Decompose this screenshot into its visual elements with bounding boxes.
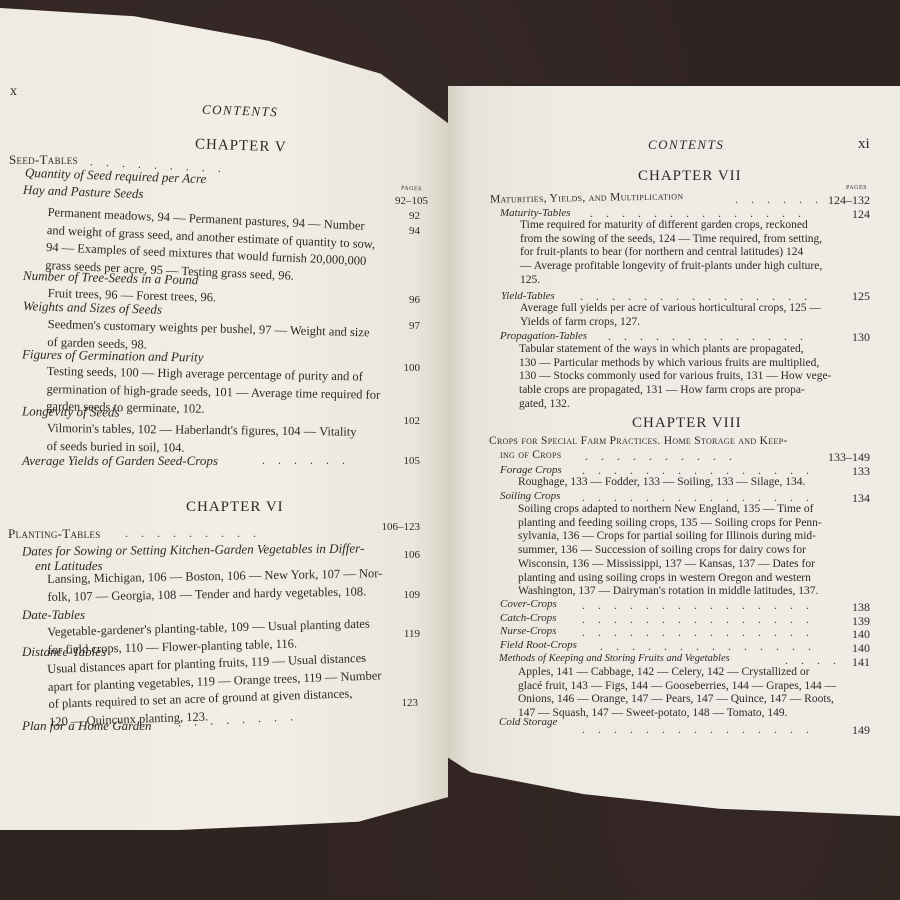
leader-dots: ............. (608, 329, 816, 344)
detail-line: Apples, 141 — Cabbage, 142 — Celery, 142… (518, 666, 836, 680)
detail-line: 130 — Particular methods by which variou… (519, 357, 831, 371)
section-details: Apples, 141 — Cabbage, 142 — Celery, 142… (518, 666, 836, 721)
toc-section: Cover-Crops (500, 598, 557, 610)
detail-line: glacé fruit, 143 — Figs, 144 — Gooseberr… (518, 680, 836, 694)
toc-section: Nurse-Crops (500, 625, 556, 637)
detail-line: Soiling crops adapted to northern New En… (518, 503, 822, 517)
chapter-title: Crops for Special Farm Practices. Home S… (489, 435, 787, 447)
leader-dots: ............... (582, 722, 822, 737)
right-page-content: CONTENTS xi CHAPTER VII PAGES Maturities… (0, 0, 900, 900)
leader-dots: .......... (585, 449, 745, 464)
toc-section: Propagation-Tables (500, 330, 587, 342)
leader-dots: ...... (735, 192, 831, 207)
toc-section: Cold Storage (499, 716, 557, 728)
page-number: 125 (830, 289, 870, 304)
leader-dots: .............. (600, 639, 824, 654)
page-range: 124–132 (822, 193, 870, 208)
detail-line: Wisconsin, 136 — Mississippi, 137 — Kans… (518, 558, 822, 572)
detail-line: 130 — Stocks commonly used for various f… (519, 370, 831, 384)
detail-line: Onions, 146 — Orange, 147 — Pears, 147 —… (518, 693, 836, 707)
chapter-heading: CHAPTER VIII (632, 415, 742, 432)
toc-section: Maturity-Tables (500, 207, 571, 219)
toc-section: Catch-Crops (500, 612, 556, 624)
section-details: Time required for maturity of different … (520, 219, 822, 288)
leader-dots: ............... (582, 598, 822, 613)
section-details: Soiling crops adapted to northern New En… (518, 503, 822, 599)
detail-line: Yields of farm crops, 127. (520, 316, 821, 330)
page-number: 133 (830, 464, 870, 479)
page-number: 130 (830, 330, 870, 345)
chapter-title: Maturities, Yields, and Multiplication (490, 190, 684, 205)
page-number: 134 (830, 491, 870, 506)
page-number: 124 (830, 207, 870, 222)
detail-line: Time required for maturity of different … (520, 219, 822, 233)
toc-section: Methods of Keeping and Storing Fruits an… (499, 653, 730, 664)
page-number: 140 (830, 627, 870, 642)
page-range: 133–149 (822, 450, 870, 465)
detail-line: gated, 132. (519, 398, 831, 412)
page-folio: xi (858, 136, 870, 153)
toc-section: Yield-Tables (501, 290, 555, 302)
detail-line: Average full yields per acre of various … (520, 302, 821, 316)
detail-line: 125. (520, 274, 822, 288)
toc-section: Soiling Crops (500, 490, 560, 502)
section-details: Average full yields per acre of various … (520, 302, 821, 329)
detail-line: — Average profitable longevity of fruit-… (520, 260, 822, 274)
detail-line: Tabular statement of the ways in which p… (519, 343, 831, 357)
detail-line: planting and feeding soiling crops, 135 … (518, 517, 822, 531)
pages-label: PAGES (846, 185, 867, 191)
detail-line: from the sowing of the seeds, 124 — Time… (520, 233, 822, 247)
toc-section: Field Root-Crops (500, 639, 577, 651)
toc-section: Forage Crops (500, 464, 562, 476)
leader-dots: ............... (582, 625, 822, 640)
page-number: 149 (830, 723, 870, 738)
detail-line: sylvania, 136 — Crops for partial soilin… (518, 530, 822, 544)
detail-line: for fruit-plants to bear (for northern a… (520, 246, 822, 260)
page-number: 138 (830, 600, 870, 615)
chapter-title-continued: ing of Crops (500, 449, 561, 461)
detail-line: 147 — Squash, 147 — Sweet-potato, 148 — … (518, 707, 836, 721)
detail-line: Washington, 137 — Dairyman's rotation in… (518, 585, 822, 599)
detail-line: table crops are propagated, 131 — How fa… (519, 384, 831, 398)
running-head: CONTENTS (648, 137, 724, 153)
section-details: Tabular statement of the ways in which p… (519, 343, 831, 412)
detail-line: summer, 136 — Succession of soiling crop… (518, 544, 822, 558)
detail-line: Roughage, 133 — Fodder, 133 — Soiling, 1… (518, 476, 805, 490)
chapter-heading: CHAPTER VII (638, 168, 742, 185)
detail-line: planting and using soiling crops in west… (518, 572, 822, 586)
section-details: Roughage, 133 — Fodder, 133 — Soiling, 1… (518, 476, 805, 490)
